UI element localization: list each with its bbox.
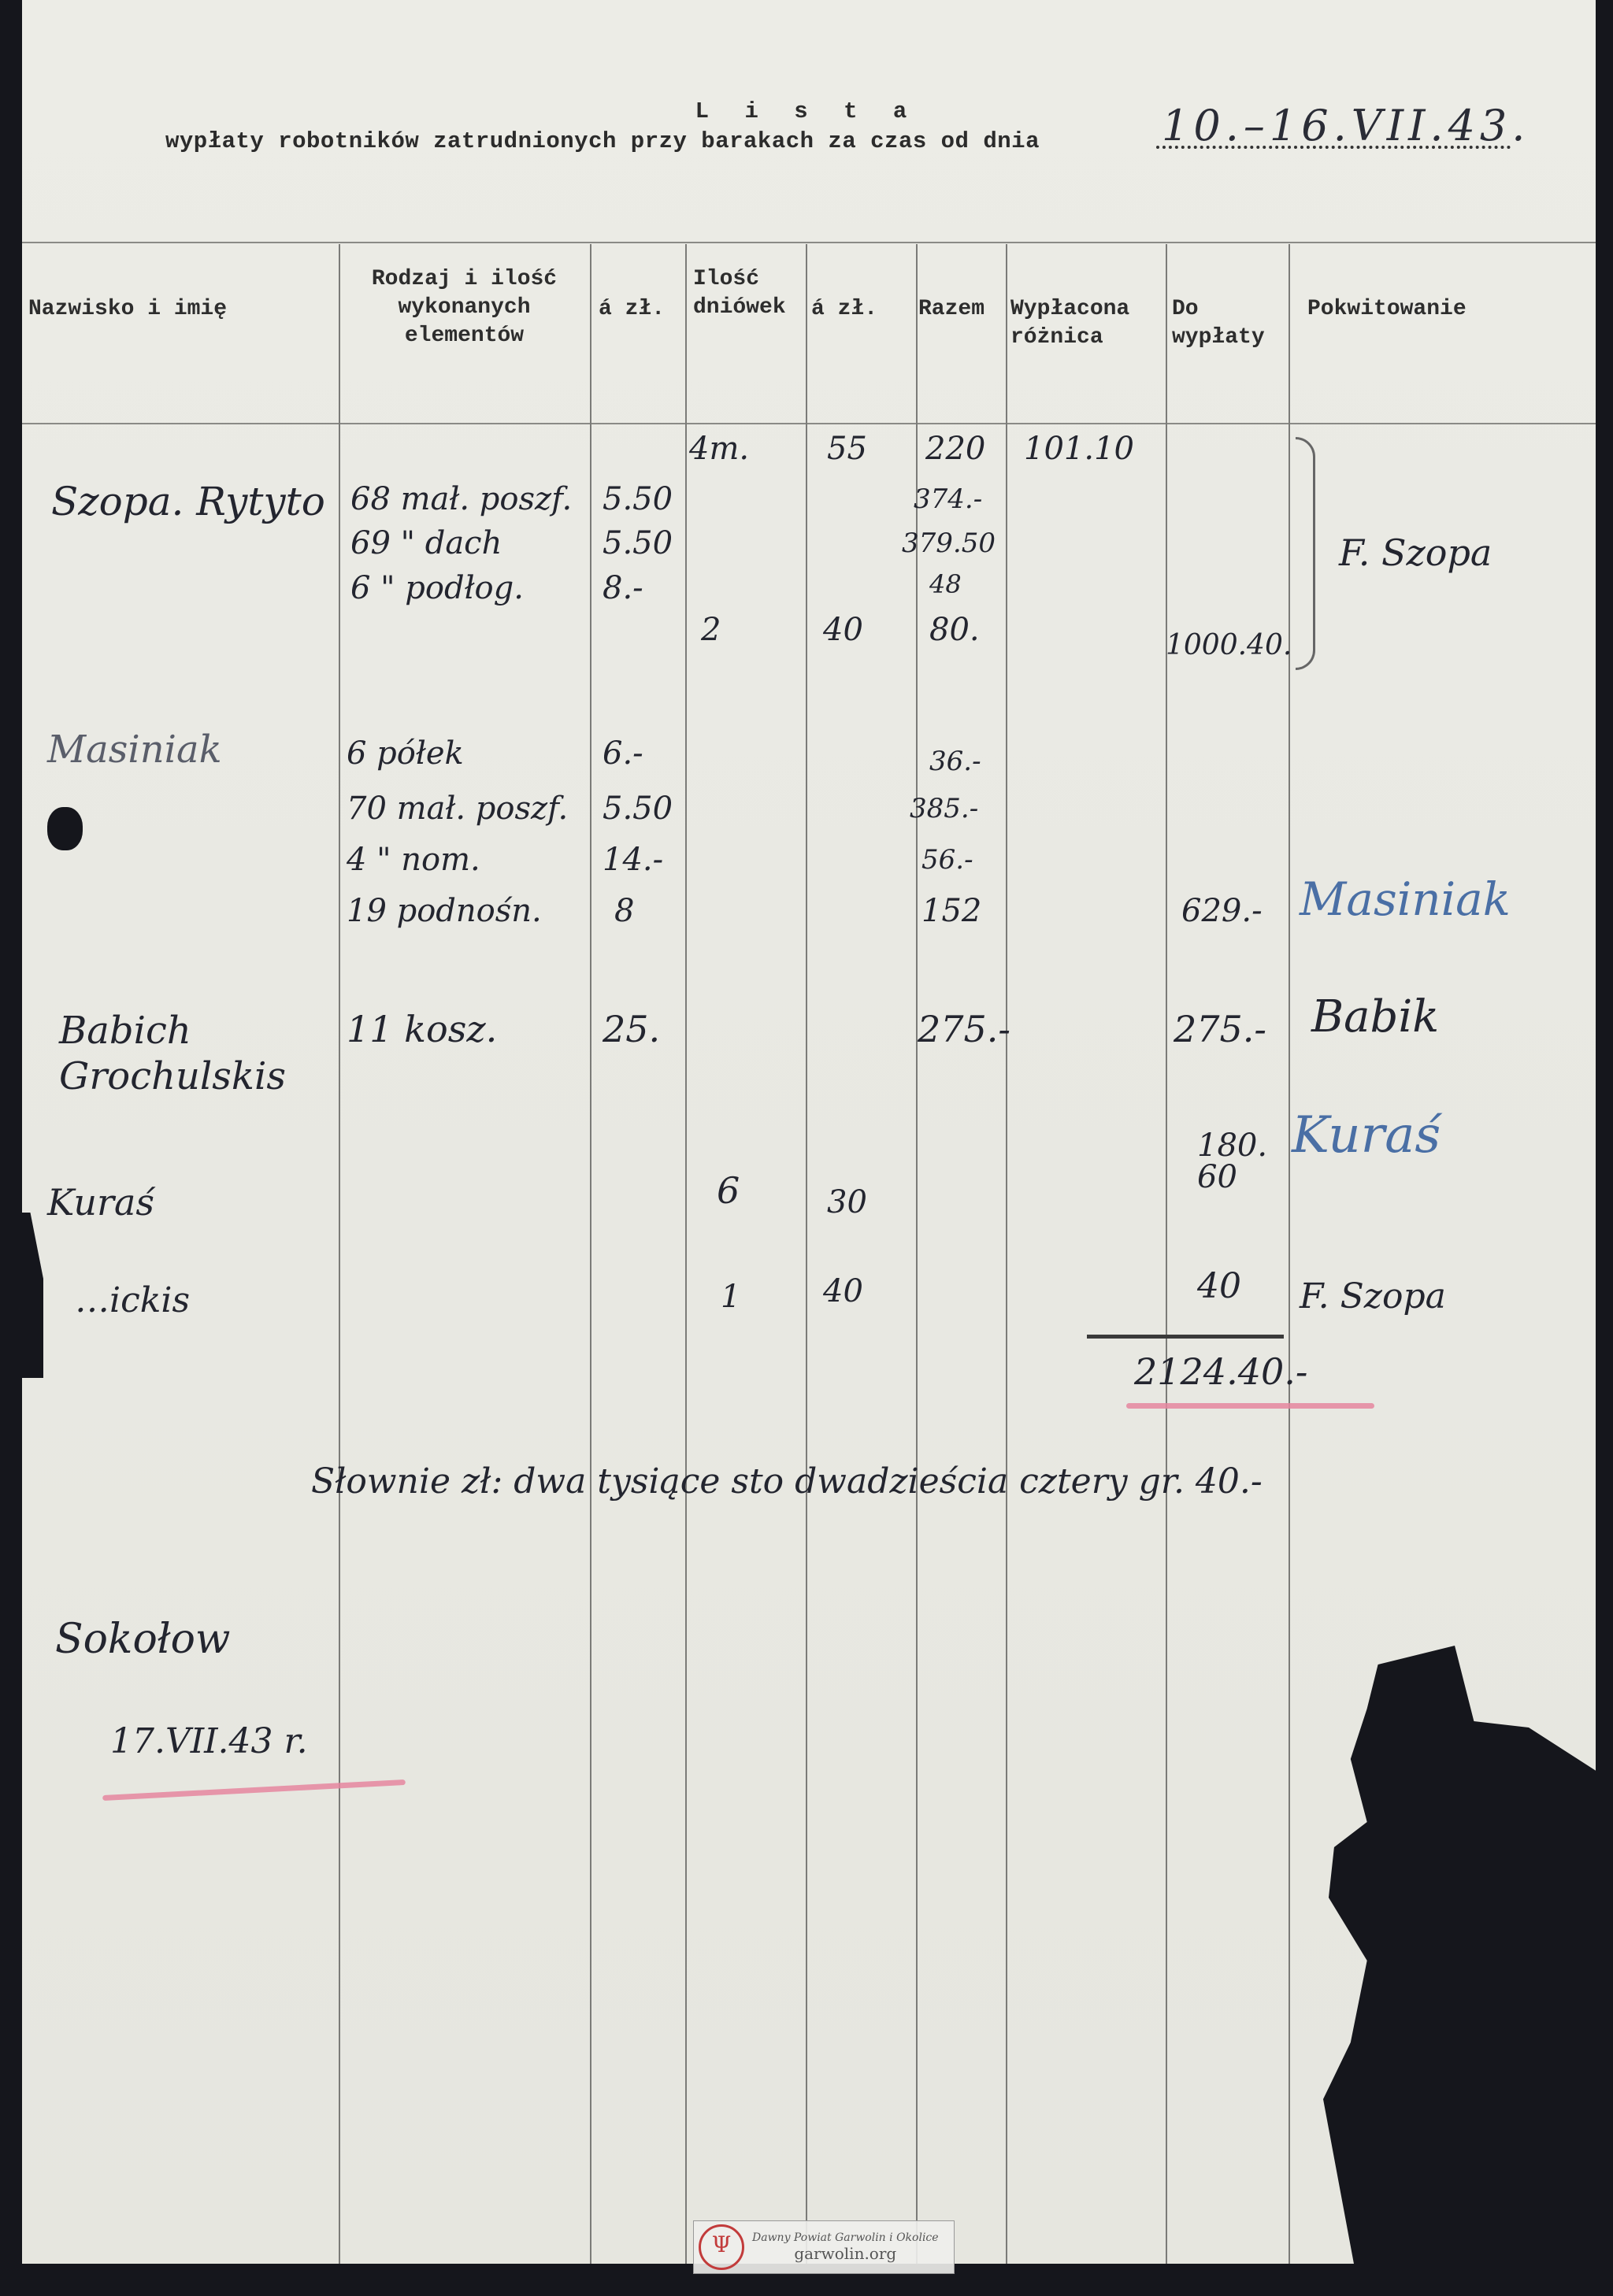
total-cell: 152 bbox=[921, 894, 981, 928]
to-pay-cell: 1000.40. bbox=[1166, 628, 1292, 663]
header-days: Ilość dniówek bbox=[693, 265, 803, 322]
archive-watermark: Dawny Powiat Garwolin i Okolice garwolin… bbox=[693, 2220, 955, 2274]
to-pay-cell: 180. 60 bbox=[1197, 1130, 1268, 1193]
receipt-signature: F. Szopa bbox=[1300, 1279, 1446, 1314]
left-margin-dark bbox=[0, 0, 22, 2296]
column-divider bbox=[1166, 244, 1167, 2264]
header-total: Razem bbox=[918, 295, 1005, 324]
document-subtitle: wypłaty robotników zatrudnionych przy ba… bbox=[165, 128, 1040, 154]
column-divider bbox=[339, 244, 340, 2264]
handwritten-date: 10.–16.VII.43. bbox=[1162, 101, 1530, 150]
header-to-pay: Do wypłaty bbox=[1172, 295, 1286, 352]
column-divider bbox=[685, 244, 687, 2264]
to-pay-cell: 275.- bbox=[1174, 1012, 1266, 1046]
group-brace bbox=[1296, 437, 1315, 670]
header-items: Rodzaj i ilość wykonanych elementów bbox=[340, 265, 588, 350]
sum-rule bbox=[1087, 1335, 1284, 1339]
header-paid-diff: Wypłacona różnica bbox=[1010, 295, 1165, 352]
amount-in-words: Słownie zł: dwa tysiące sto dwadzieścia … bbox=[311, 1465, 1263, 1499]
unit-price-cell: 5.50 bbox=[603, 526, 673, 561]
table-top-rule bbox=[22, 242, 1596, 243]
day-rate-cell: 30 bbox=[827, 1185, 867, 1220]
total-cell: 275.- bbox=[918, 1012, 1010, 1046]
days-cell: 4m. bbox=[689, 431, 749, 466]
watermark-line2: garwolin.org bbox=[752, 2244, 939, 2263]
to-pay-cell: 629.- bbox=[1181, 894, 1263, 928]
unit-price-cell: 8.- bbox=[603, 571, 643, 605]
header-receipt: Pokwitowanie bbox=[1307, 295, 1575, 324]
torn-hole bbox=[47, 807, 83, 850]
receipt-signature: Kuraś bbox=[1292, 1118, 1441, 1153]
seal-icon bbox=[699, 2224, 744, 2270]
unit-price-cell: 14.- bbox=[603, 842, 663, 877]
items-cell: 6 półek bbox=[347, 736, 464, 771]
day-rate-cell: 40 bbox=[823, 613, 863, 647]
total-cell: 48 bbox=[929, 567, 962, 602]
right-margin-dark bbox=[1596, 0, 1613, 2296]
unit-price-cell: 5.50 bbox=[603, 482, 673, 517]
days-cell: 2 bbox=[701, 613, 721, 647]
watermark-line1: Dawny Powiat Garwolin i Okolice bbox=[752, 2231, 939, 2244]
worker-name: …ickis bbox=[75, 1283, 190, 1318]
column-divider bbox=[1006, 244, 1007, 2264]
column-divider bbox=[1289, 244, 1290, 2264]
unit-price-cell: 25. bbox=[603, 1012, 660, 1046]
signature-name: Sokołow bbox=[55, 1622, 230, 1657]
worker-name: Masiniak bbox=[47, 732, 222, 767]
receipt-signature: Babik bbox=[1311, 1000, 1439, 1035]
grand-total: 2124.40.- bbox=[1134, 1354, 1307, 1389]
column-divider bbox=[590, 244, 591, 2264]
column-divider bbox=[806, 244, 807, 2264]
worker-name: Babich Grochulskis bbox=[59, 1008, 327, 1099]
to-pay-cell: 40 bbox=[1197, 1269, 1241, 1304]
total-underline bbox=[1126, 1403, 1374, 1409]
days-cell: 1 bbox=[721, 1279, 740, 1314]
total-cell: 36.- bbox=[929, 744, 981, 779]
items-cell: 4 " nom. bbox=[347, 842, 480, 877]
signature-date: 17.VII.43 r. bbox=[110, 1724, 308, 1759]
torn-edge bbox=[0, 819, 16, 921]
worker-name: Szopa. Rytyto bbox=[51, 484, 325, 519]
total-cell: 80. bbox=[929, 613, 980, 647]
unit-price-cell: 6.- bbox=[603, 736, 643, 771]
total-cell: 56.- bbox=[921, 842, 973, 877]
items-cell: 19 podnośn. bbox=[347, 894, 542, 928]
items-cell: 6 " podłog. bbox=[350, 571, 524, 605]
items-cell: 69 " dach bbox=[350, 526, 502, 561]
day-rate-cell: 55 bbox=[827, 431, 867, 466]
unit-price-cell: 5.50 bbox=[603, 791, 673, 826]
receipt-signature: F. Szopa bbox=[1339, 535, 1492, 570]
total-cell: 220 bbox=[925, 431, 985, 466]
day-rate-cell: 40 bbox=[823, 1274, 863, 1309]
worker-name: Kuraś bbox=[47, 1185, 154, 1220]
total-cell: 385.- bbox=[910, 791, 978, 826]
header-name: Nazwisko i imię bbox=[28, 295, 336, 324]
paid-diff-cell: 101.10 bbox=[1024, 431, 1134, 466]
days-cell: 6 bbox=[717, 1173, 740, 1208]
total-cell: 374.- bbox=[914, 482, 982, 517]
items-cell: 70 mał. poszf. bbox=[347, 791, 568, 826]
unit-price-cell: 8 bbox=[614, 894, 634, 928]
receipt-signature: Masiniak bbox=[1300, 882, 1511, 917]
header-day-rate: á zł. bbox=[811, 295, 914, 324]
header-unit-price: á zł. bbox=[599, 295, 685, 324]
header-bottom-rule bbox=[22, 423, 1596, 424]
items-cell: 68 mał. poszf. bbox=[350, 482, 572, 517]
items-cell: 11 kosz. bbox=[347, 1012, 497, 1046]
total-cell: 379.50 bbox=[902, 526, 996, 561]
